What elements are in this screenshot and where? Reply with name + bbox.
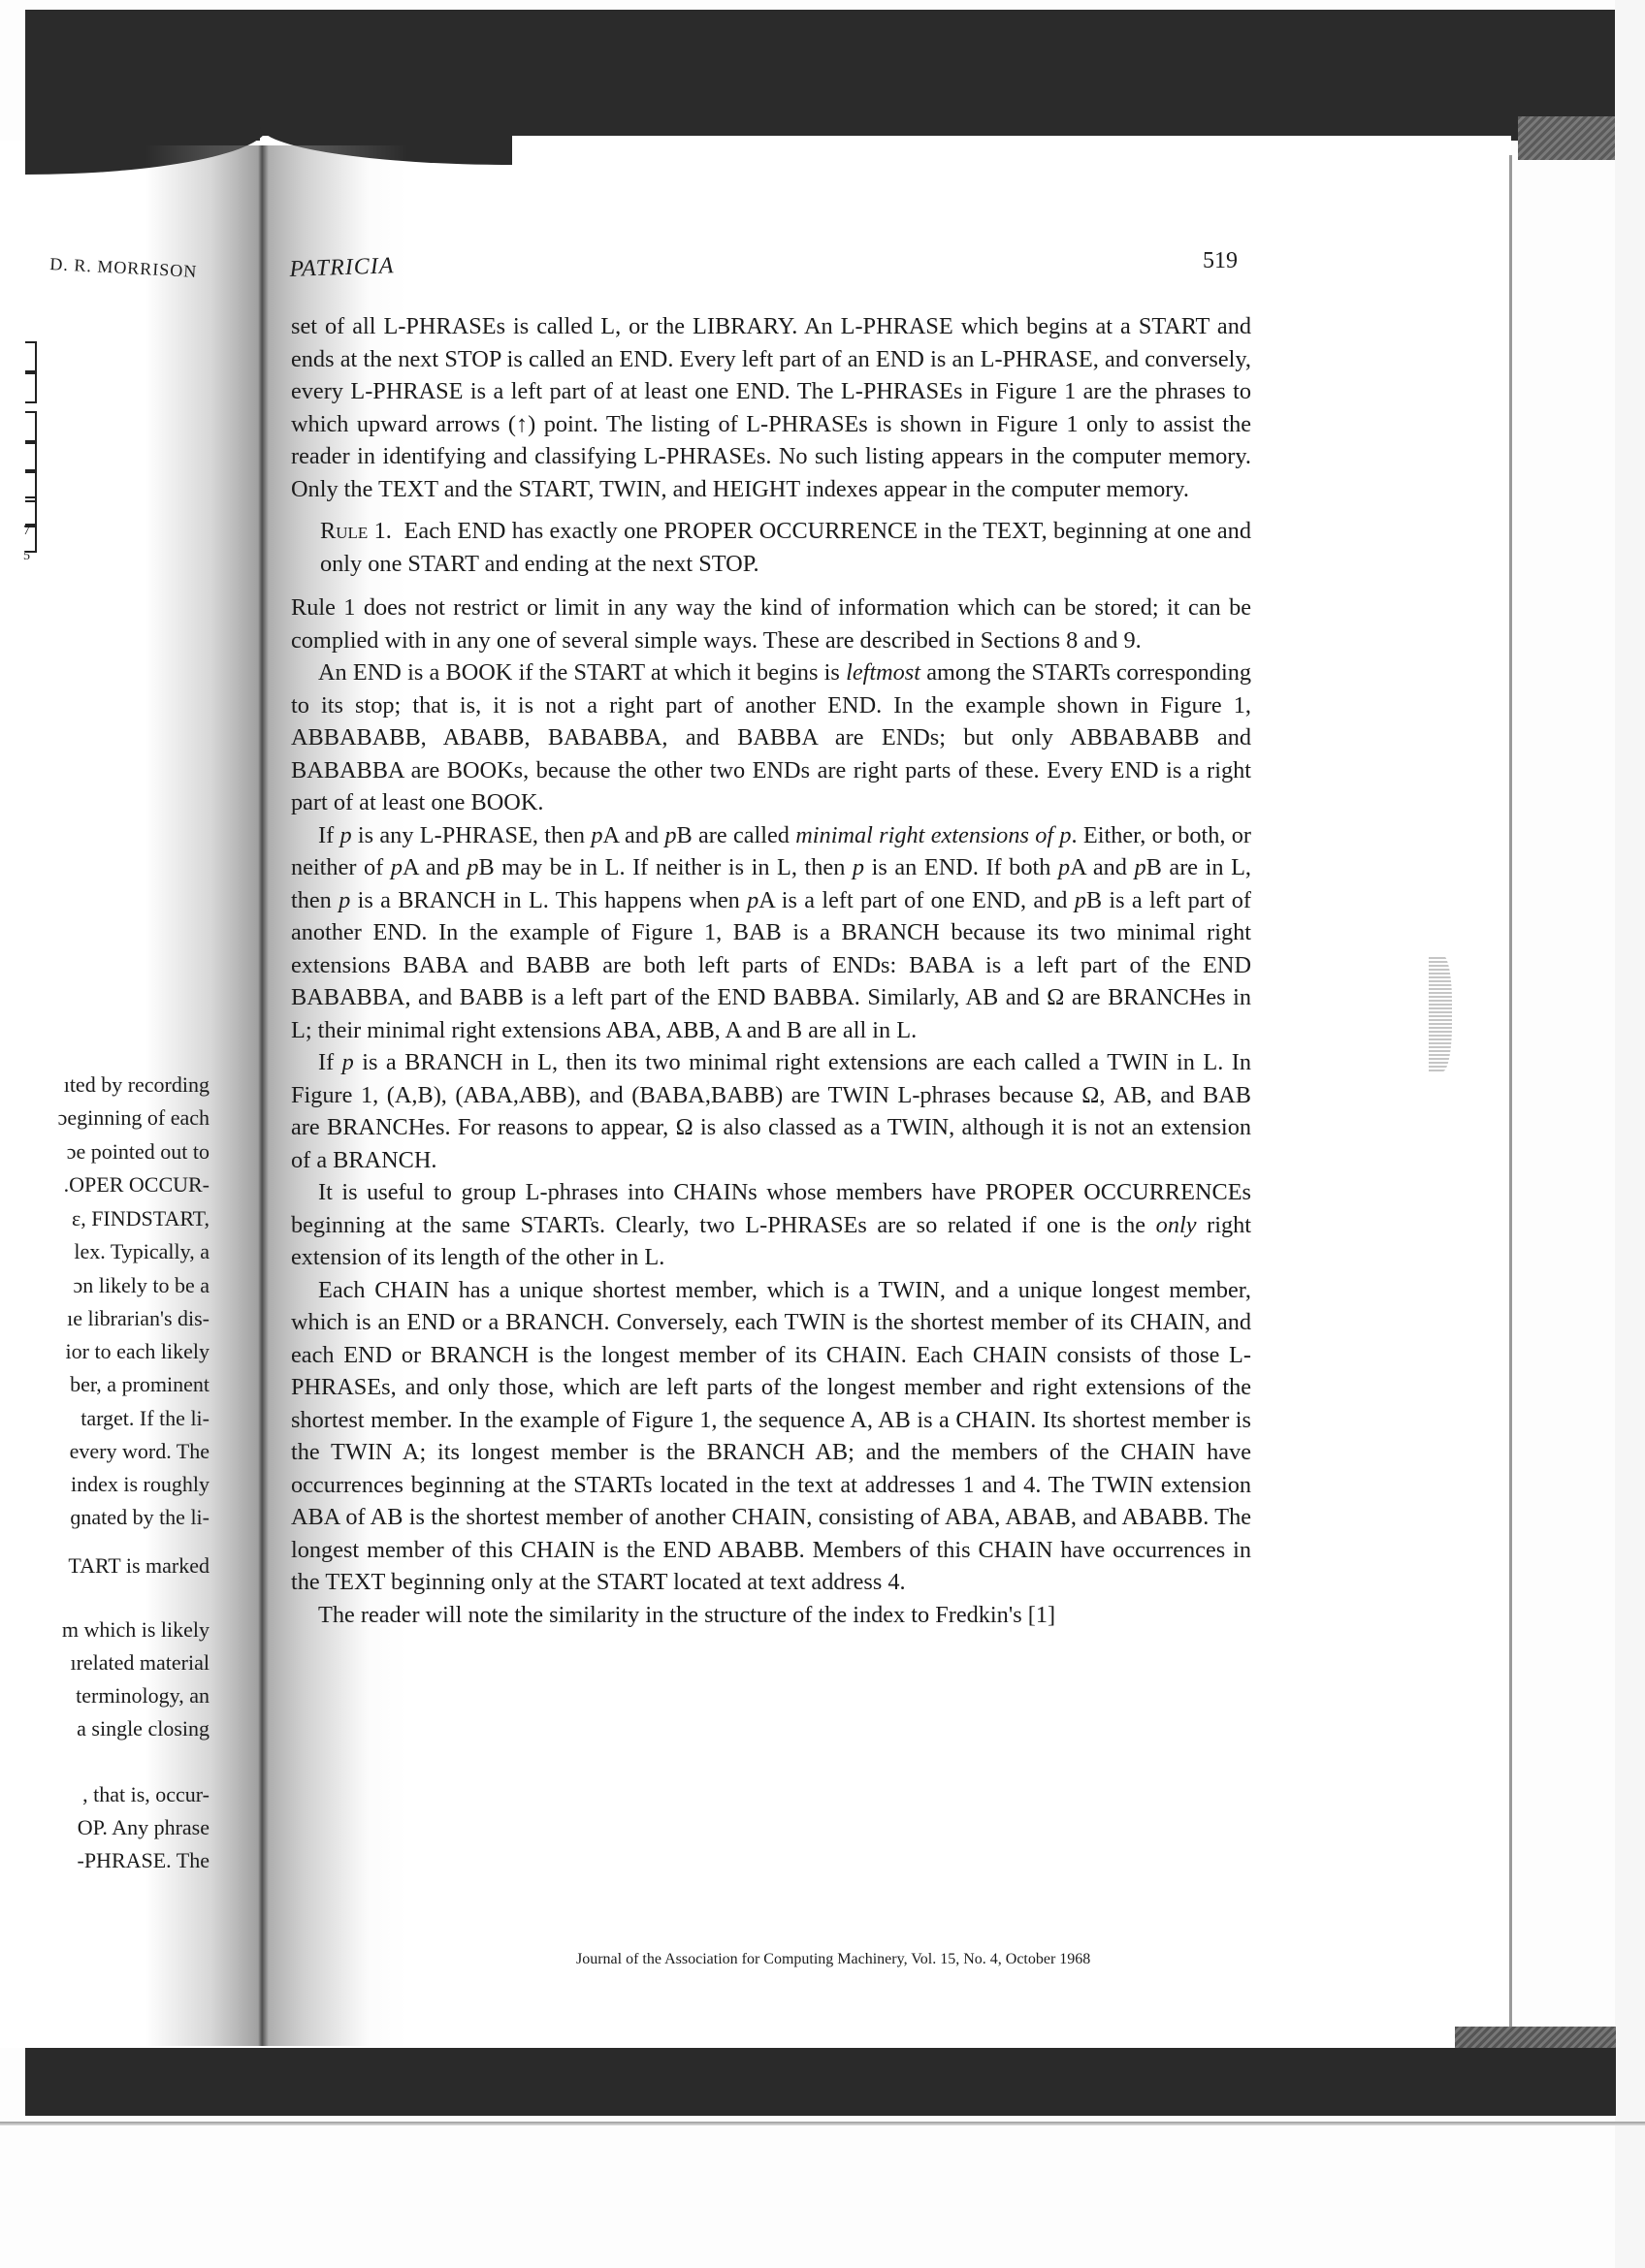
text-run: A is a left part of one END, and bbox=[758, 887, 1074, 913]
left-text-line: lex. Typically, a bbox=[74, 1239, 210, 1264]
figure-bracket bbox=[25, 440, 37, 473]
left-text-line: target. If the li- bbox=[81, 1406, 210, 1431]
paragraph-fredkin: The reader will note the similarity in t… bbox=[291, 1599, 1251, 1632]
paragraph-twin: If p is a BRANCH in L, then its two mini… bbox=[291, 1046, 1251, 1176]
left-text-line: ɔe pointed out to bbox=[67, 1139, 210, 1165]
text-run: is any L-PHRASE, then bbox=[352, 822, 592, 848]
math-var: p bbox=[1058, 854, 1070, 880]
math-var: p bbox=[339, 887, 350, 913]
figure-bracket bbox=[25, 411, 37, 444]
paragraph-book: An END is a BOOK if the START at which i… bbox=[291, 656, 1251, 819]
paragraph-rule-discussion: Rule 1 does not restrict or limit in any… bbox=[291, 591, 1251, 656]
left-text-line: a single closing bbox=[77, 1716, 210, 1741]
text-run: is a BRANCH in L, then its two minimal r… bbox=[291, 1049, 1251, 1173]
article-body: set of all L-PHRASEs is called L, or the… bbox=[291, 310, 1251, 1631]
left-text-line: ɔeginning of each bbox=[58, 1105, 210, 1131]
text-run: If bbox=[318, 1049, 342, 1075]
math-var: p bbox=[747, 887, 758, 913]
paragraph-chain: Each CHAIN has a unique shortest member,… bbox=[291, 1274, 1251, 1599]
text-run: If bbox=[318, 822, 339, 848]
left-text-line: index is roughly bbox=[71, 1472, 210, 1497]
text-run: is an END. If both bbox=[864, 854, 1058, 880]
emphasis: minimal right extensions of p bbox=[795, 822, 1071, 848]
left-text-line: TART is marked bbox=[68, 1553, 210, 1579]
figure-label: 7 bbox=[23, 524, 30, 539]
left-text-line: terminology, an bbox=[76, 1683, 210, 1709]
left-text-line: m which is likely bbox=[62, 1617, 210, 1643]
math-var: p bbox=[342, 1049, 354, 1075]
scanner-top-edge bbox=[1518, 116, 1616, 160]
paragraph-branch: If p is any L-PHRASE, then pA and pB are… bbox=[291, 819, 1251, 1047]
left-text-line: -PHRASE. The bbox=[78, 1848, 210, 1873]
left-text-line: OP. Any phrase bbox=[78, 1815, 210, 1840]
math-var: p bbox=[664, 822, 676, 848]
rule-text: Each END has exactly one PROPER OCCURREN… bbox=[320, 518, 1251, 577]
math-var: p bbox=[1075, 887, 1086, 913]
text-run: A and bbox=[403, 854, 467, 880]
left-text-line: every word. The bbox=[70, 1439, 210, 1464]
scanner-bed-edge bbox=[0, 2122, 1645, 2125]
left-text-line: ior to each likely bbox=[66, 1339, 210, 1364]
left-text-line: , that is, occur- bbox=[82, 1782, 210, 1807]
text-run: B may be in L. If neither is in L, then bbox=[479, 854, 853, 880]
rule-label: Rule 1. bbox=[320, 518, 392, 544]
math-var: p bbox=[467, 854, 478, 880]
page-edge bbox=[1509, 155, 1512, 2027]
figure-bracket bbox=[25, 370, 37, 403]
text-run: A and bbox=[1070, 854, 1134, 880]
journal-footer: Journal of the Association for Computing… bbox=[576, 1951, 1090, 1968]
left-text-line: ıted by recording bbox=[64, 1072, 210, 1098]
left-text-line: .OPER OCCUR- bbox=[64, 1172, 210, 1198]
rule-1: Rule 1. Each END has exactly one PROPER … bbox=[320, 515, 1251, 580]
figure-bracket bbox=[25, 341, 37, 374]
text-run: An END is a BOOK if the START at which i… bbox=[318, 659, 846, 686]
left-text-line: ırelated material bbox=[70, 1650, 210, 1676]
scanner-top-shadow bbox=[25, 10, 1616, 141]
ink-bleed-mark bbox=[1429, 955, 1452, 1071]
page-number: 519 bbox=[1203, 248, 1238, 274]
text-run: It is useful to group L-phrases into CHA… bbox=[291, 1179, 1251, 1238]
emphasis: leftmost bbox=[846, 659, 920, 686]
left-text-line: ıe librarian's dis- bbox=[67, 1306, 210, 1331]
running-head: PATRICIA bbox=[289, 253, 395, 283]
left-text-line: ɔn likely to be a bbox=[73, 1273, 210, 1298]
scanner-margin bbox=[1615, 0, 1645, 2268]
math-var: p bbox=[391, 854, 403, 880]
emphasis: only bbox=[1156, 1212, 1197, 1238]
text-run: A and bbox=[603, 822, 665, 848]
math-var: p bbox=[339, 822, 351, 848]
paragraph-chain-intro: It is useful to group L-phrases into CHA… bbox=[291, 1176, 1251, 1274]
figure-label: 5 bbox=[23, 549, 30, 564]
left-text-line: ɛ, FINDSTART, bbox=[72, 1206, 210, 1231]
math-var: p bbox=[591, 822, 602, 848]
left-text-line: ber, a prominent bbox=[70, 1372, 210, 1397]
scanner-bottom-shadow bbox=[25, 2048, 1616, 2116]
paragraph-library: set of all L-PHRASEs is called L, or the… bbox=[291, 310, 1251, 505]
math-var: p bbox=[1135, 854, 1146, 880]
text-run: is a BRANCH in L. This happens when bbox=[350, 887, 747, 913]
text-run: B are called bbox=[677, 822, 796, 848]
math-var: p bbox=[853, 854, 864, 880]
left-text-line: ɡnated by the li- bbox=[70, 1505, 210, 1530]
